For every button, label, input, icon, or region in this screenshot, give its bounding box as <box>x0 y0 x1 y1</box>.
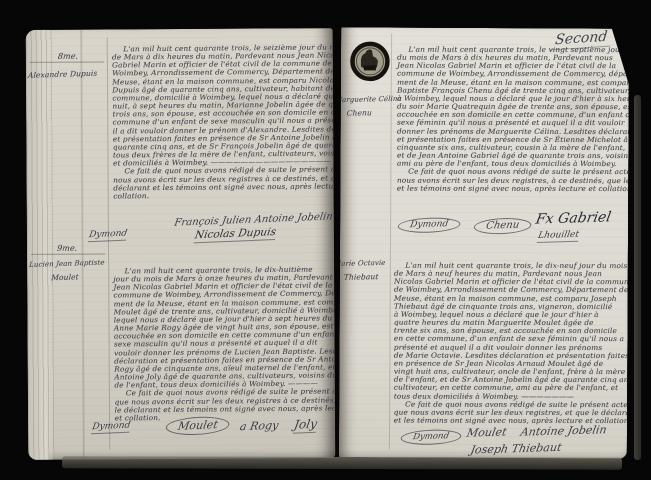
manuscript-text-line: déclarant et les témoins ont signé avec … <box>113 181 335 192</box>
book-fore-edge <box>62 456 622 469</box>
margin-underline <box>31 253 105 254</box>
register-left-page: 8me. Alexandre Dupuis L'an mil huit cent… <box>26 28 336 460</box>
signature-witness: a Rogy <box>239 419 280 434</box>
manuscript-text-line: ment de la Meuse, étant en la maison com… <box>397 78 629 87</box>
signature-official: Dymond <box>88 229 128 243</box>
signature-declarant: Joly <box>293 417 319 434</box>
manuscript-text-line: sexe féminin qu'il nous a présenté et au… <box>397 119 629 128</box>
signature-witness: Lhouillet <box>537 230 580 243</box>
act2-body-text: L'an mil huit cent quarante trois, le di… <box>394 262 629 426</box>
manuscript-text-line: et les témoins ont signé avec nous, aprè… <box>397 184 629 193</box>
manuscript-text-line: tous deux domiciliés à Woimbey. ——————— <box>394 392 629 401</box>
manuscript-text-line: Ce fait de quoi nous avons rédigé de sui… <box>394 400 629 409</box>
act2-margin-name-1: Marie Octavie <box>339 259 386 268</box>
page-stack-edge <box>26 30 55 460</box>
signature-official: Dymond <box>399 429 462 446</box>
manuscript-text-line: donner les prénoms de Marguerite Célina.… <box>397 127 629 136</box>
manuscript-text-line: Ce fait de quoi nous avons rédigé de sui… <box>397 168 629 177</box>
manuscript-text-line: en cette commune, d'un enfant de sexe fé… <box>394 335 629 344</box>
register-right-page: Second Marguerite Célina Chenu L'an mil … <box>339 27 629 459</box>
manuscript-text-line: nous avons écrit sur les deux registres,… <box>397 176 629 185</box>
scanned-register-photo: 8me. Alexandre Dupuis L'an mil huit cent… <box>0 0 651 480</box>
royal-stamp-icon <box>350 41 390 81</box>
manuscript-text-line: le déclarant et les témoins ont signé av… <box>115 404 336 415</box>
signature-declarant: Nicolas Dupuis <box>193 226 276 243</box>
act1-margin-number: 8me. <box>57 52 79 61</box>
signature-witness: Fx Gabriel <box>534 209 612 227</box>
manuscript-text-line: commune de Woimbey, Arrondissement de Co… <box>397 70 629 79</box>
manuscript-text-line: de Woimbey, Arrondissement de Commercy, … <box>394 286 629 295</box>
margin-underline <box>30 61 104 62</box>
signature-witness: Chenu <box>472 217 532 235</box>
signature-official: Dymond <box>397 217 462 234</box>
act2-margin-name-2: Thiebaut <box>343 272 378 282</box>
act2-margin-name-1: Lucien Jean Baptiste <box>29 258 105 268</box>
act2-margin-number: 9me. <box>56 244 78 253</box>
signature-official: Dymond <box>91 421 131 435</box>
signature-witness: Antoine Jobelin <box>520 423 608 439</box>
margin-rule <box>107 37 111 449</box>
manuscript-text-line: cultivateur, en cette commune, ami au pè… <box>394 384 629 393</box>
signature-witness: Moulet <box>466 425 508 439</box>
act1-margin-name: Alexandre Dupuis <box>28 69 98 80</box>
manuscript-text-line: présenté et auquel il a dit vouloir donn… <box>394 343 629 352</box>
act1-body-text: L'an mil huit cent quarante trois, le se… <box>112 43 336 201</box>
signature-declarant: Joseph Thiebaut <box>469 441 562 457</box>
act1-margin-name-1: Marguerite Célina <box>339 95 402 104</box>
book-right-edge <box>634 95 641 460</box>
page-crease <box>80 30 86 460</box>
manuscript-text-line: Meuse, étant en la maison commune, est c… <box>394 294 629 303</box>
act1-margin-name-2: Chenu <box>346 108 372 118</box>
manuscript-text-line: de Marie Octavie. Lesdites déclaration e… <box>394 351 629 360</box>
act1-body-text: L'an mil huit cent quarante trois, le vi… <box>397 46 629 193</box>
act2-body-text: L'an mil huit cent quarante trois, le di… <box>113 265 335 422</box>
act2-margin-name-2: Moulet <box>51 272 79 282</box>
